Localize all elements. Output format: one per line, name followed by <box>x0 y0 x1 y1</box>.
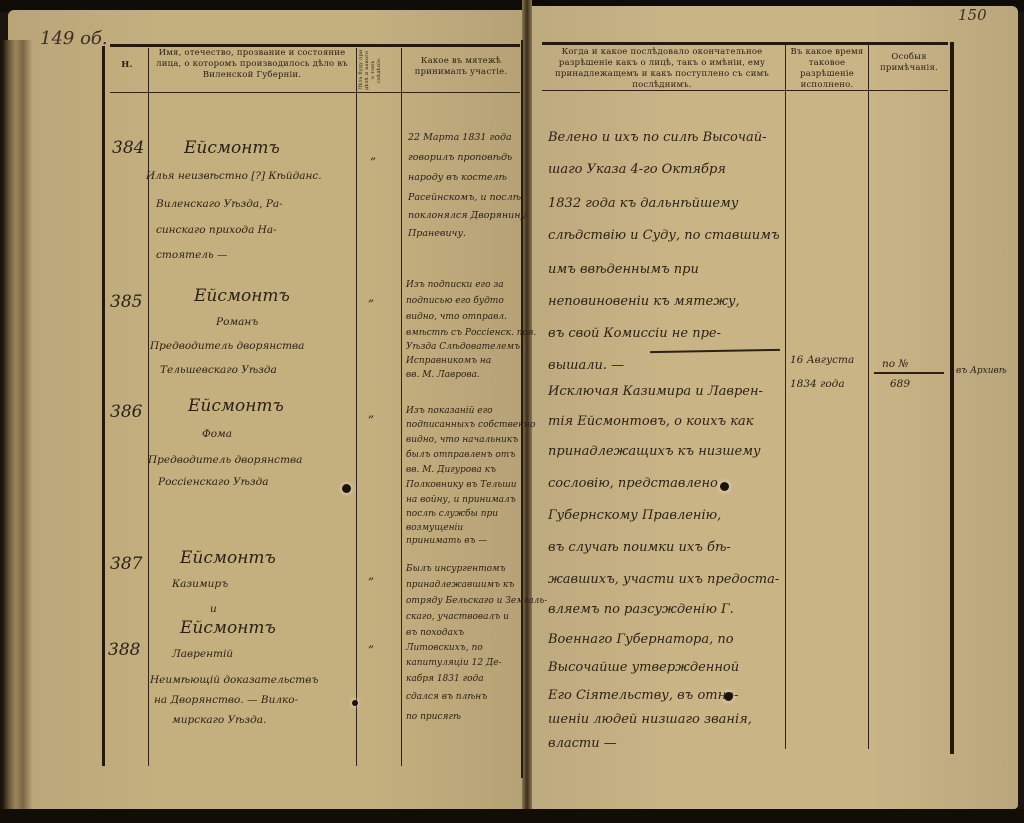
resolution-line: въ случаѣ поимки ихъ бѣ- <box>548 540 731 555</box>
resolution-line: Высочайше утвержденной <box>548 660 739 675</box>
left-border-rule <box>102 46 105 766</box>
entry-participation-line: Праневичу. <box>408 228 466 239</box>
background-shadow-bottom <box>0 809 1024 823</box>
entry-participation-line: Литовскихъ, по <box>406 643 483 653</box>
entry-number: 386 <box>110 402 142 422</box>
notes-reference-prefix: по № <box>882 358 908 370</box>
header-bottom-rule-left <box>110 92 520 93</box>
entry-years-ditto: „ <box>368 406 374 420</box>
entry-number: 388 <box>108 640 140 660</box>
entry-number: 387 <box>110 554 142 574</box>
entry-number: 384 <box>112 138 144 158</box>
entry-participation-line: Изъ показаній его <box>406 406 493 416</box>
col-rule-resolution <box>785 44 786 749</box>
header-resolution: Когда и какое послѣдовало окончательное … <box>540 47 784 91</box>
entry-participation-line: по присягѣ <box>406 712 461 722</box>
folio-stamp-left: 149 об. <box>40 28 108 49</box>
header-top-rule-left <box>110 44 520 47</box>
entry-surname: Ейсмонтъ <box>184 138 280 158</box>
resolution-line: Велено и ихъ по силѣ Высочай- <box>548 130 766 145</box>
entry-given-name: Фома <box>202 428 232 440</box>
paper-hole <box>342 484 351 493</box>
resolution-line: шеніи людей низшаго званія, <box>548 712 752 727</box>
entry-participation-line: вв. М. Лаврова. <box>406 370 480 380</box>
entry-description-line: Тельшевскаго Уѣзда <box>160 364 277 376</box>
header-years: Лѣта буду при дѣлѣ и какого о томъ свѣдѣ… <box>358 48 400 92</box>
paper-hole <box>724 692 733 701</box>
entry-participation-line: возмущеніи <box>406 523 463 533</box>
entry-description-line: Предводитель дворянства <box>150 340 304 352</box>
resolution-line: шаго Указа 4-го Октября <box>548 162 726 177</box>
entry-years-ditto: „ <box>368 568 374 582</box>
resolution-line: вляемъ по разсужденію Г. <box>548 602 734 617</box>
entry-participation-line: Расейнскомъ, и послѣ <box>408 192 521 203</box>
notes-reference-number: 689 <box>890 378 910 390</box>
entry-participation-line: видно, что отправл. <box>406 312 507 322</box>
resolution-line: тія Ейсмонтовъ, о коихъ как <box>548 414 754 429</box>
entry-description-line: на Дворянство. — Вилко- <box>154 694 298 706</box>
book-gutter <box>522 0 532 823</box>
entry-participation-line: принимать въ — <box>406 536 487 546</box>
entry-participation-line: народу въ костелѣ <box>408 172 507 183</box>
resolution-line: принадлежащихъ къ низшему <box>548 444 761 459</box>
entry-description-line: мирскаго Уѣзда. <box>172 714 266 726</box>
entry-given-name: Лаврентій <box>172 648 233 660</box>
entry-participation-line: Изъ подписки его за <box>406 280 504 290</box>
entry-participation-line: вв. М. Дигурова къ <box>406 465 496 475</box>
resolution-line: въ свой Комиссіи не пре- <box>548 326 721 341</box>
entry-participation-line: скаго, участвовалъ и <box>406 612 509 622</box>
entry-years-ditto: „ <box>368 290 374 304</box>
entry-participation-line: въ походахъ <box>406 628 464 638</box>
header-name: Имя, отечество, прозвание и состояние ли… <box>150 48 354 81</box>
entry-surname: Ейсмонтъ <box>180 618 276 638</box>
paper-hole <box>352 700 358 706</box>
header-participation: Какое въ мятежѣ принималъ участіе. <box>403 56 519 78</box>
col-rule-name <box>356 48 357 766</box>
entry-description-line: Илья неизвѣстно [?] Кѣйданс. <box>146 170 322 182</box>
resolution-line: вышали. — <box>548 358 624 373</box>
col-rule-years <box>401 48 402 766</box>
notes-remark: въ Архивѣ <box>956 366 1007 376</box>
resolution-line: Исключая Казимира и Лаврен- <box>548 384 763 399</box>
entry-connector: и <box>210 603 217 615</box>
resolution-line: имъ ввѣденнымъ при <box>548 262 699 277</box>
entry-description-line: Предводитель дворянства <box>148 454 302 466</box>
entry-given-name: Казимиръ <box>172 578 228 590</box>
col-rule-number <box>148 48 149 766</box>
entry-participation-line: капитуляціи 12 Де- <box>406 658 502 668</box>
header-number: Н. <box>108 60 146 71</box>
entry-surname: Ейсмонтъ <box>194 286 290 306</box>
resolution-line: сословію, представлено <box>548 476 718 491</box>
resolution-line: слѣдствію и Суду, по ставшимъ <box>548 228 780 243</box>
entry-participation-line: сдался въ плѣнъ <box>406 692 487 702</box>
entry-participation-line: видно, что начальникъ <box>406 435 518 445</box>
entry-participation-line: былъ отправленъ отъ <box>406 450 515 460</box>
col-rule-executed <box>868 44 869 749</box>
entry-participation-line: подписью его будто <box>406 296 504 306</box>
entry-number: 385 <box>110 292 142 312</box>
entry-participation-line: говорилъ проповѣдь <box>408 152 512 163</box>
entry-participation-line: Исправникомъ на <box>406 356 491 366</box>
entry-participation-line: поклонялся Дворянину <box>408 210 526 221</box>
paper-hole <box>720 482 729 491</box>
entry-description-line: синскаго прихода На- <box>156 224 277 236</box>
resolution-line: жавшихъ, участи ихъ предоста- <box>548 572 779 587</box>
entry-surname: Ейсмонтъ <box>180 548 276 568</box>
entry-participation-line: Уѣзда Слѣдователемъ <box>406 342 520 352</box>
header-top-rule-right <box>542 42 948 45</box>
entry-description-line: Неимѣющій доказательствъ <box>150 674 318 686</box>
col-rule-participation <box>521 40 523 778</box>
entry-years-ditto: „ <box>368 636 374 650</box>
entry-given-name: Романъ <box>216 316 258 328</box>
entry-participation-line: Полковнику въ Тельши <box>406 480 517 490</box>
executed-date: 16 Августа <box>790 354 854 366</box>
entry-description-line: Виленскаго Уѣзда, Ра- <box>156 198 283 210</box>
header-notes: Особыя примѣчанія. <box>870 52 948 74</box>
resolution-line: Военнаго Губернатора, по <box>548 632 734 647</box>
executed-year: 1834 года <box>790 378 845 390</box>
entry-description-line: стоятель — <box>156 249 228 261</box>
resolution-line: 1832 года къ дальнѣйшему <box>548 196 738 211</box>
entry-participation-line: 22 Марта 1831 года <box>408 132 512 143</box>
entry-participation-line: отряду Бельскаго и Земгаль- <box>406 596 547 606</box>
entry-participation-line: Былъ инсургентомъ <box>406 564 506 574</box>
entry-participation-line: принадлежавшимъ къ <box>406 580 514 590</box>
right-border-rule <box>950 42 954 754</box>
resolution-line: Губернскому Правленію, <box>548 508 721 523</box>
resolution-line: Его Сіятельству, въ отно- <box>548 688 738 703</box>
entry-participation-line: послѣ службы при <box>406 509 498 519</box>
entry-participation-line: вмѣстѣ съ Россіенск. пов. <box>406 328 536 338</box>
entry-participation-line: на войну, и принималъ <box>406 495 516 505</box>
entry-participation-line: кабря 1831 года <box>406 674 484 684</box>
ledger-photo: 149 об. 150 Н. Имя, отечество, прозвание… <box>0 0 1024 823</box>
entry-years-ditto: „ <box>370 148 376 162</box>
entry-participation-line: подписанныхъ собственно <box>406 420 535 430</box>
entry-description-line: Россіенскаго Уѣзда <box>158 476 269 488</box>
resolution-line: неповиновеніи къ мятежу, <box>548 294 740 309</box>
header-executed: Въ какое время таковое разрѣшеніе исполн… <box>787 47 867 91</box>
resolution-line: власти — <box>548 736 617 751</box>
folio-number-right: 150 <box>958 6 987 24</box>
book-fore-edge <box>2 40 32 820</box>
notes-fraction-line <box>874 372 944 374</box>
entry-surname: Ейсмонтъ <box>188 396 284 416</box>
